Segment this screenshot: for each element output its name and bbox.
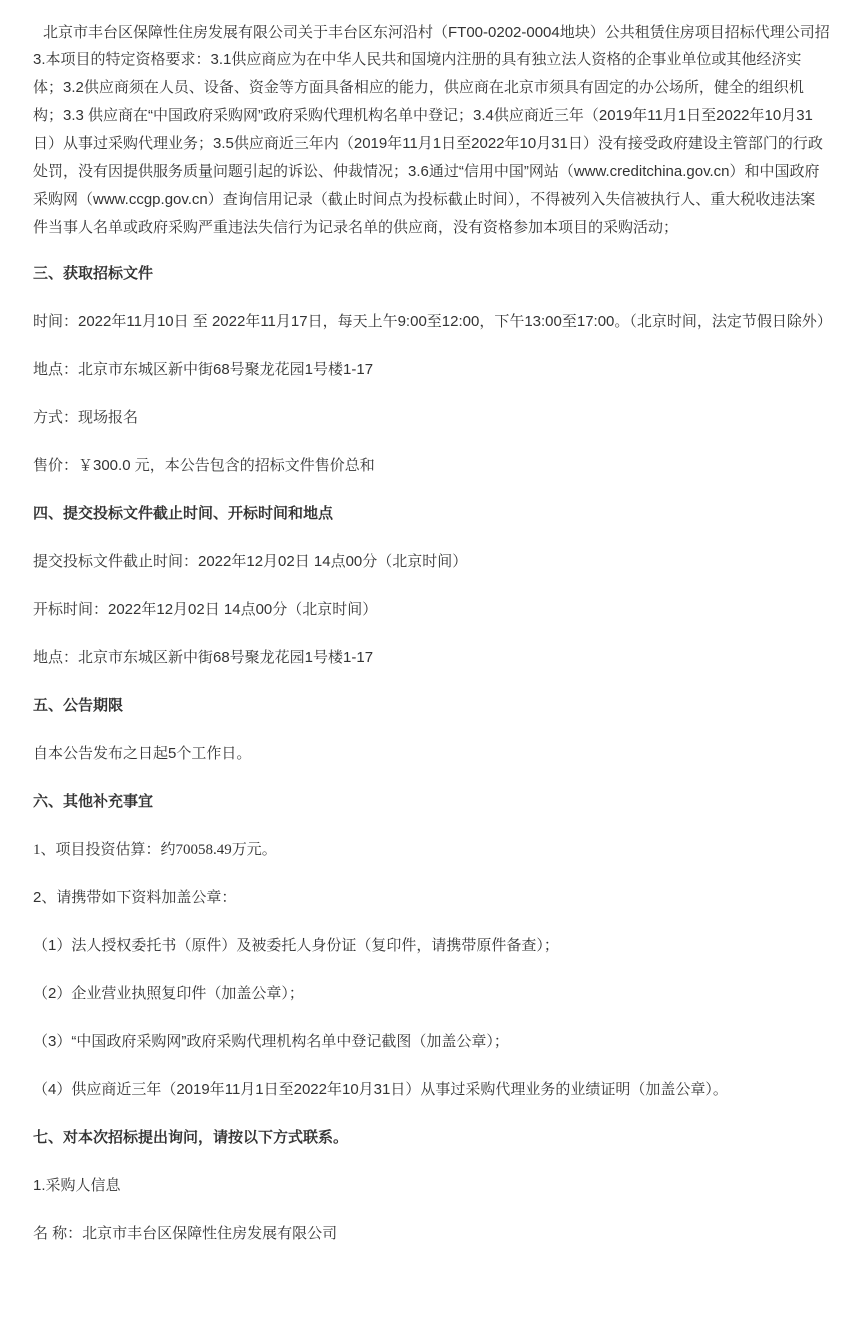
section-heading-announcement-period: 五、公告期限 — [33, 692, 830, 720]
required-materials-item: 2、请携带如下资料加盖公章： — [33, 884, 830, 912]
purchaser-info-label: 1.采购人信息 — [33, 1172, 830, 1200]
obtain-documents-price: 售价：￥300.0 元，本公告包含的招标文件售价总和 — [33, 452, 830, 480]
obtain-documents-place: 地点：北京市东城区新中街68号聚龙花园1号楼1-17 — [33, 356, 830, 384]
section-heading-inquiry-contact: 七、对本次招标提出询问，请按以下方式联系。 — [33, 1124, 830, 1152]
investment-estimate-item: 1、项目投资估算：约70058.49万元。 — [33, 836, 830, 864]
material-performance-proof: （4）供应商近三年（2019年11月1日至2022年10月31日）从事过采购代理… — [33, 1076, 830, 1104]
bid-submission-deadline: 提交投标文件截止时间：2022年12月02日 14点00分（北京时间） — [33, 548, 830, 576]
announcement-period-content: 自本公告发布之日起5个工作日。 — [33, 740, 830, 768]
obtain-documents-time: 时间：2022年11月10日 至 2022年11月17日，每天上午9:00至12… — [33, 308, 830, 336]
obtain-documents-method: 方式：现场报名 — [33, 404, 830, 432]
material-authorization-letter: （1）法人授权委托书（原件）及被委托人身份证（复印件，请携带原件备查）； — [33, 932, 830, 960]
bid-opening-place: 地点：北京市东城区新中街68号聚龙花园1号楼1-17 — [33, 644, 830, 672]
document-title: 北京市丰台区保障性住房发展有限公司关于丰台区东河沿村（FT00-0202-000… — [33, 23, 830, 43]
material-registration-screenshot: （3）“中国政府采购网”政府采购代理机构名单中登记截图（加盖公章）； — [33, 1028, 830, 1056]
tender-announcement-page: { "document": { "title": "北京市丰台区保障性住房发展有… — [0, 0, 843, 1335]
section-heading-other-supplementary-matters: 六、其他补充事宜 — [33, 788, 830, 816]
material-business-license: （2）企业营业执照复印件（加盖公章）； — [33, 980, 830, 1008]
section-heading-obtain-bid-documents: 三、获取招标文件 — [33, 260, 830, 288]
qualification-requirements-paragraph: 3.本项目的特定资格要求：3.1供应商应为在中华人民共和国境内注册的具有独立法人… — [33, 46, 830, 242]
tender-announcement-document: 北京市丰台区保障性住房发展有限公司关于丰台区东河沿村（FT00-0202-000… — [0, 0, 843, 1335]
purchaser-name: 名 称：北京市丰台区保障性住房发展有限公司 — [33, 1220, 830, 1248]
section-heading-submission-deadline: 四、提交投标文件截止时间、开标时间和地点 — [33, 500, 830, 528]
bid-opening-time: 开标时间：2022年12月02日 14点00分（北京时间） — [33, 596, 830, 624]
